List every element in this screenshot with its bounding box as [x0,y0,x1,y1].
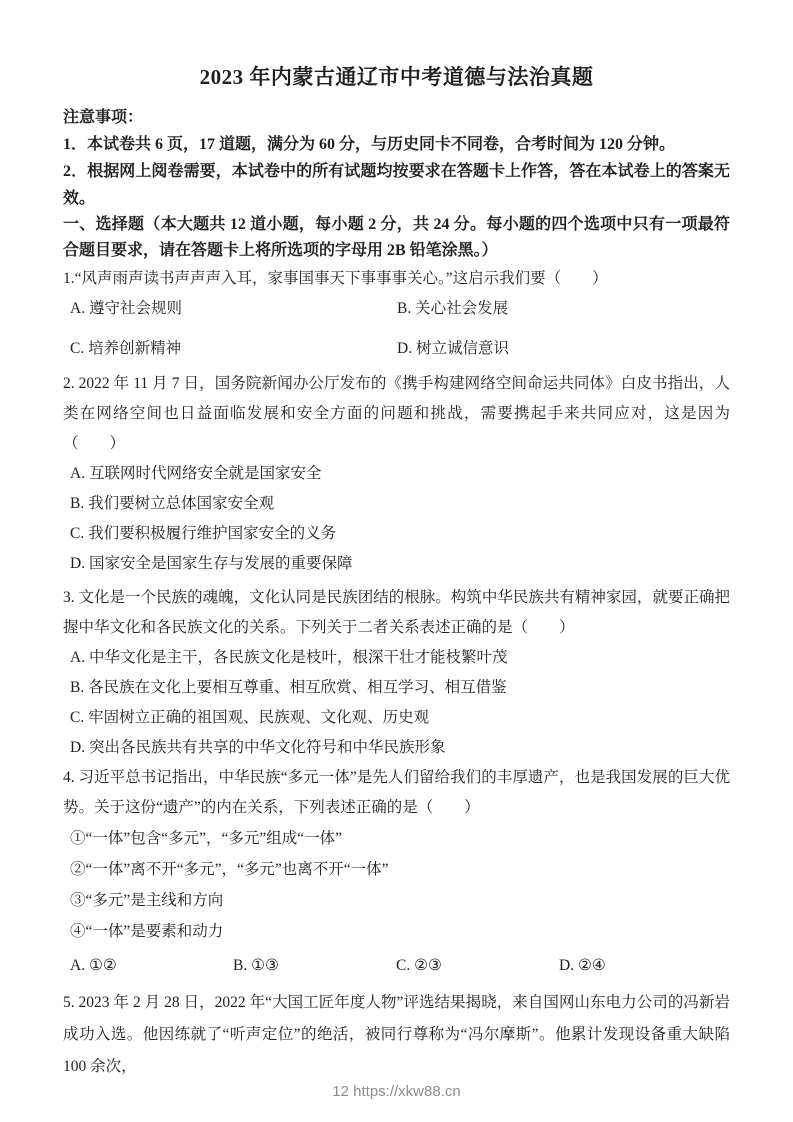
question-4-stem: 4. 习近平总书记指出，中华民族“多元一体”是先人们留给我们的丰厚遗产，也是我国… [63,763,730,823]
question-1: 1.“风声雨声读书声声声入耳，家事国事天下事事事关心。”这启示我们要（ ） A.… [63,264,730,364]
question-1-stem: 1.“风声雨声读书声声声入耳，家事国事天下事事事关心。”这启示我们要（ ） [63,264,730,294]
question-1-option-b: B. 关心社会发展 [397,294,730,324]
question-1-option-c: C. 培养创新精神 [70,334,397,364]
page-title: 2023 年内蒙古通辽市中考道德与法治真题 [63,64,730,91]
question-2-option-b: B. 我们要树立总体国家安全观 [63,489,730,519]
page-footer: 12 https://xkw88.cn [0,1083,793,1100]
question-3-stem: 3. 文化是一个民族的魂魄，文化认同是民族团结的根脉。构筑中华民族共有精神家园，… [63,583,730,643]
notice-item-1: 1．本试卷共 6 页，17 道题，满分为 60 分，与历史同卡不同卷，合考时间为… [63,131,730,158]
notice-heading: 注意事项： [63,104,730,131]
question-2-stem: 2. 2022 年 11 月 7 日，国务院新闻办公厅发布的《携手构建网络空间命… [63,369,730,459]
question-2-option-c: C. 我们要积极履行维护国家安全的义务 [63,519,730,549]
footer-watermark-text: 12 https://xkw88.cn [332,1083,460,1100]
question-3-option-c: C. 牢固树立正确的祖国观、民族观、文化观、历史观 [63,703,730,733]
question-4-statement-4: ④“一体”是要素和动力 [63,916,730,947]
notice-item-2: 2．根据网上阅卷需要，本试卷中的所有试题均按要求在答题卡上作答，答在本试卷上的答… [63,158,730,212]
question-4-statement-3: ③“多元”是主线和方向 [63,885,730,916]
question-2-option-a: A. 互联网时代网络安全就是国家安全 [63,459,730,489]
question-4-statement-1: ①“一体”包含“多元”，“多元”组成“一体” [63,823,730,854]
question-3-option-a: A. 中华文化是主干，各民族文化是枝叶，根深干壮才能枝繁叶茂 [63,643,730,673]
question-4-option-c: C. ②③ [396,951,559,981]
question-5-stem: 5. 2023 年 2 月 28 日，2022 年“大国工匠年度人物”评选结果揭… [63,987,730,1083]
question-2: 2. 2022 年 11 月 7 日，国务院新闻办公厅发布的《携手构建网络空间命… [63,369,730,579]
question-5: 5. 2023 年 2 月 28 日，2022 年“大国工匠年度人物”评选结果揭… [63,987,730,1083]
question-2-option-d: D. 国家安全是国家生存与发展的重要保障 [63,549,730,579]
question-3-option-d: D. 突出各民族共有共享的中华文化符号和中华民族形象 [63,733,730,763]
question-4-option-b: B. ①③ [233,951,396,981]
question-4-statement-2: ②“一体”离不开“多元”，“多元”也离不开“一体” [63,854,730,885]
question-3-option-b: B. 各民族在文化上要相互尊重、相互欣赏、相互学习、相互借鉴 [63,673,730,703]
question-4-options: A. ①② B. ①③ C. ②③ D. ②④ [63,951,730,981]
question-1-option-a: A. 遵守社会规则 [70,294,397,324]
question-1-option-d: D. 树立诚信意识 [397,334,730,364]
question-1-options: A. 遵守社会规则 B. 关心社会发展 C. 培养创新精神 D. 树立诚信意识 [63,294,730,364]
question-4: 4. 习近平总书记指出，中华民族“多元一体”是先人们留给我们的丰厚遗产，也是我国… [63,763,730,981]
exam-document-page: 2023 年内蒙古通辽市中考道德与法治真题 注意事项： 1．本试卷共 6 页，1… [0,0,793,1122]
question-3: 3. 文化是一个民族的魂魄，文化认同是民族团结的根脉。构筑中华民族共有精神家园，… [63,583,730,763]
question-4-option-d: D. ②④ [559,951,606,981]
question-4-option-a: A. ①② [70,951,233,981]
section-heading: 一、选择题（本大题共 12 道小题，每小题 2 分，共 24 分。每小题的四个选… [63,212,730,264]
notice-block: 注意事项： 1．本试卷共 6 页，17 道题，满分为 60 分，与历史同卡不同卷… [63,104,730,212]
